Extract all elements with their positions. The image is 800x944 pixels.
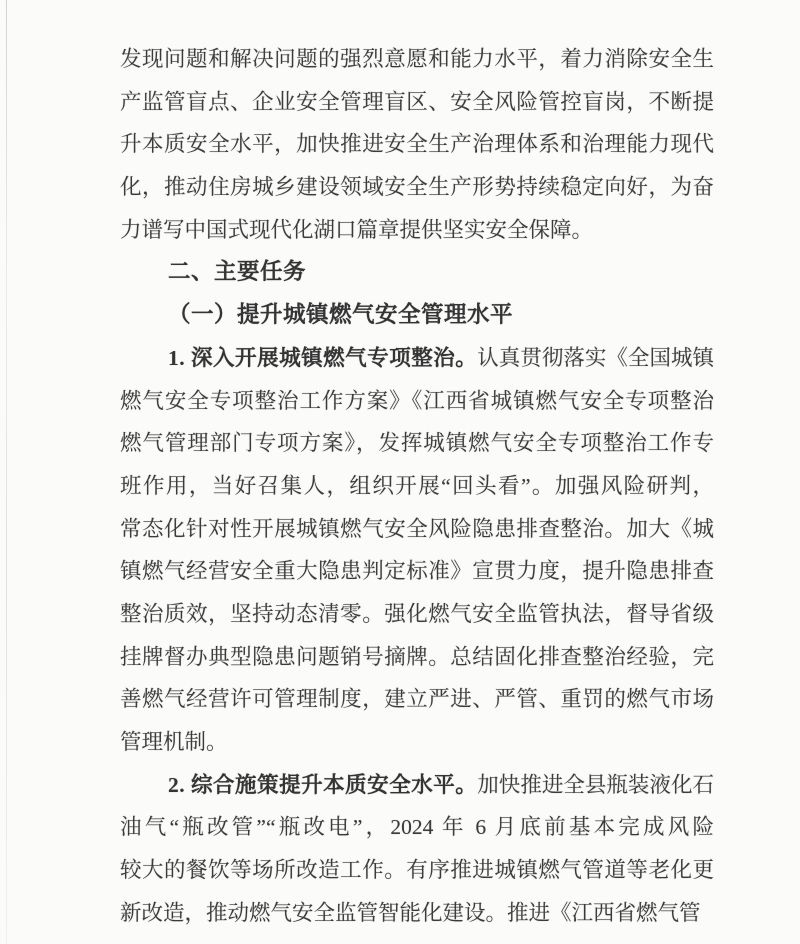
text-segment: 较大的餐饮等场所改造工作。有序推进城镇燃气管道等老化更 [120,858,714,882]
text-line: 镇燃气经营安全重大隐患判定标准》宣贯力度，提升隐患排查 [120,550,714,593]
text-line: 燃气管理部门专项方案》，发挥城镇燃气安全专项整治工作专 [120,422,714,465]
text-segment: 认真贯彻落实《全国城镇 [477,346,714,370]
text-line: 班作用，当好召集人，组织开展“回头看”。加强风险研判， [120,465,714,508]
text-segment: 油气“瓶改管”“瓶改电”，2024 年 6 月底前基本完成风险 [120,815,714,839]
text-line: 油气“瓶改管”“瓶改电”，2024 年 6 月底前基本完成风险 [120,806,714,849]
bold-text-segment: 1. 深入开展城镇燃气专项整治。 [168,346,477,370]
text-segment: 化，推动住房城乡建设领域安全生产形势持续稳定向好，为奋 [120,175,714,199]
scanned-document-page: { "colors": { "background": "#fbfbfa", "… [0,0,800,944]
document-text: 发现问题和解决问题的强烈意愿和能力水平，着力消除安全生产监管盲点、企业安全管理盲… [120,38,714,934]
text-line: 善燃气经营许可管理制度，建立严进、严管、重罚的燃气市场 [120,678,714,721]
text-segment: 升本质安全水平，加快推进安全生产治理体系和治理能力现代 [120,132,714,156]
text-segment: 产监管盲点、企业安全管理盲区、安全风险管控盲岗，不断提 [120,90,714,114]
text-segment: 善燃气经营许可管理制度，建立严进、严管、重罚的燃气市场 [120,687,714,711]
text-segment: 力谱写中国式现代化湖口篇章提供坚实安全保障。 [120,218,593,242]
text-segment: 燃气安全专项整治工作方案》《江西省城镇燃气安全专项整治 [120,389,714,413]
text-line: 产监管盲点、企业安全管理盲区、安全风险管控盲岗，不断提 [120,81,714,124]
text-line: 常态化针对性开展城镇燃气安全风险隐患排查整治。加大《城 [120,508,714,551]
text-segment: 新改造，推动燃气安全监管智能化建设。推进《江西省燃气管 [120,901,701,925]
text-segment: 整治质效，坚持动态清零。强化燃气安全监管执法，督导省级 [120,602,714,626]
text-line: 1. 深入开展城镇燃气专项整治。认真贯彻落实《全国城镇 [120,337,714,380]
text-segment: 班作用，当好召集人，组织开展“回头看”。加强风险研判， [120,474,714,498]
text-segment: 管理机制。 [120,730,228,754]
bold-text-segment: （一）提升城镇燃气安全管理水平 [168,302,513,327]
text-line: 管理机制。 [120,721,714,764]
text-line: 化，推动住房城乡建设领域安全生产形势持续稳定向好，为奋 [120,166,714,209]
text-segment: 挂牌督办典型隐患问题销号摘牌。总结固化排查整治经验，完 [120,645,714,669]
text-line: 较大的餐饮等场所改造工作。有序推进城镇燃气管道等老化更 [120,849,714,892]
text-segment: 镇燃气经营安全重大隐患判定标准》宣贯力度，提升隐患排查 [120,559,714,583]
text-line: 力谱写中国式现代化湖口篇章提供坚实安全保障。 [120,209,714,252]
text-segment: 发现问题和解决问题的强烈意愿和能力水平，着力消除安全生 [120,47,714,71]
text-line: 挂牌督办典型隐患问题销号摘牌。总结固化排查整治经验，完 [120,636,714,679]
text-line: 升本质安全水平，加快推进安全生产治理体系和治理能力现代 [120,123,714,166]
text-segment: 常态化针对性开展城镇燃气安全风险隐患排查整治。加大《城 [120,517,714,541]
scan-edge-line [6,0,7,944]
section-heading: 二、主要任务 [120,251,714,294]
text-line: 新改造，推动燃气安全监管智能化建设。推进《江西省燃气管 [120,892,714,935]
text-line: 燃气安全专项整治工作方案》《江西省城镇燃气安全专项整治 [120,380,714,423]
bold-text-segment: 2. 综合施策提升本质安全水平。 [168,773,477,797]
text-segment: 加快推进全县瓶装液化石 [477,773,714,797]
bold-text-segment: 二、主要任务 [168,259,306,284]
text-line: 发现问题和解决问题的强烈意愿和能力水平，着力消除安全生 [120,38,714,81]
text-segment: 燃气管理部门专项方案》，发挥城镇燃气安全专项整治工作专 [120,431,714,455]
text-line: 2. 综合施策提升本质安全水平。加快推进全县瓶装液化石 [120,764,714,807]
text-line: 整治质效，坚持动态清零。强化燃气安全监管执法，督导省级 [120,593,714,636]
subsection-heading: （一）提升城镇燃气安全管理水平 [120,294,714,337]
